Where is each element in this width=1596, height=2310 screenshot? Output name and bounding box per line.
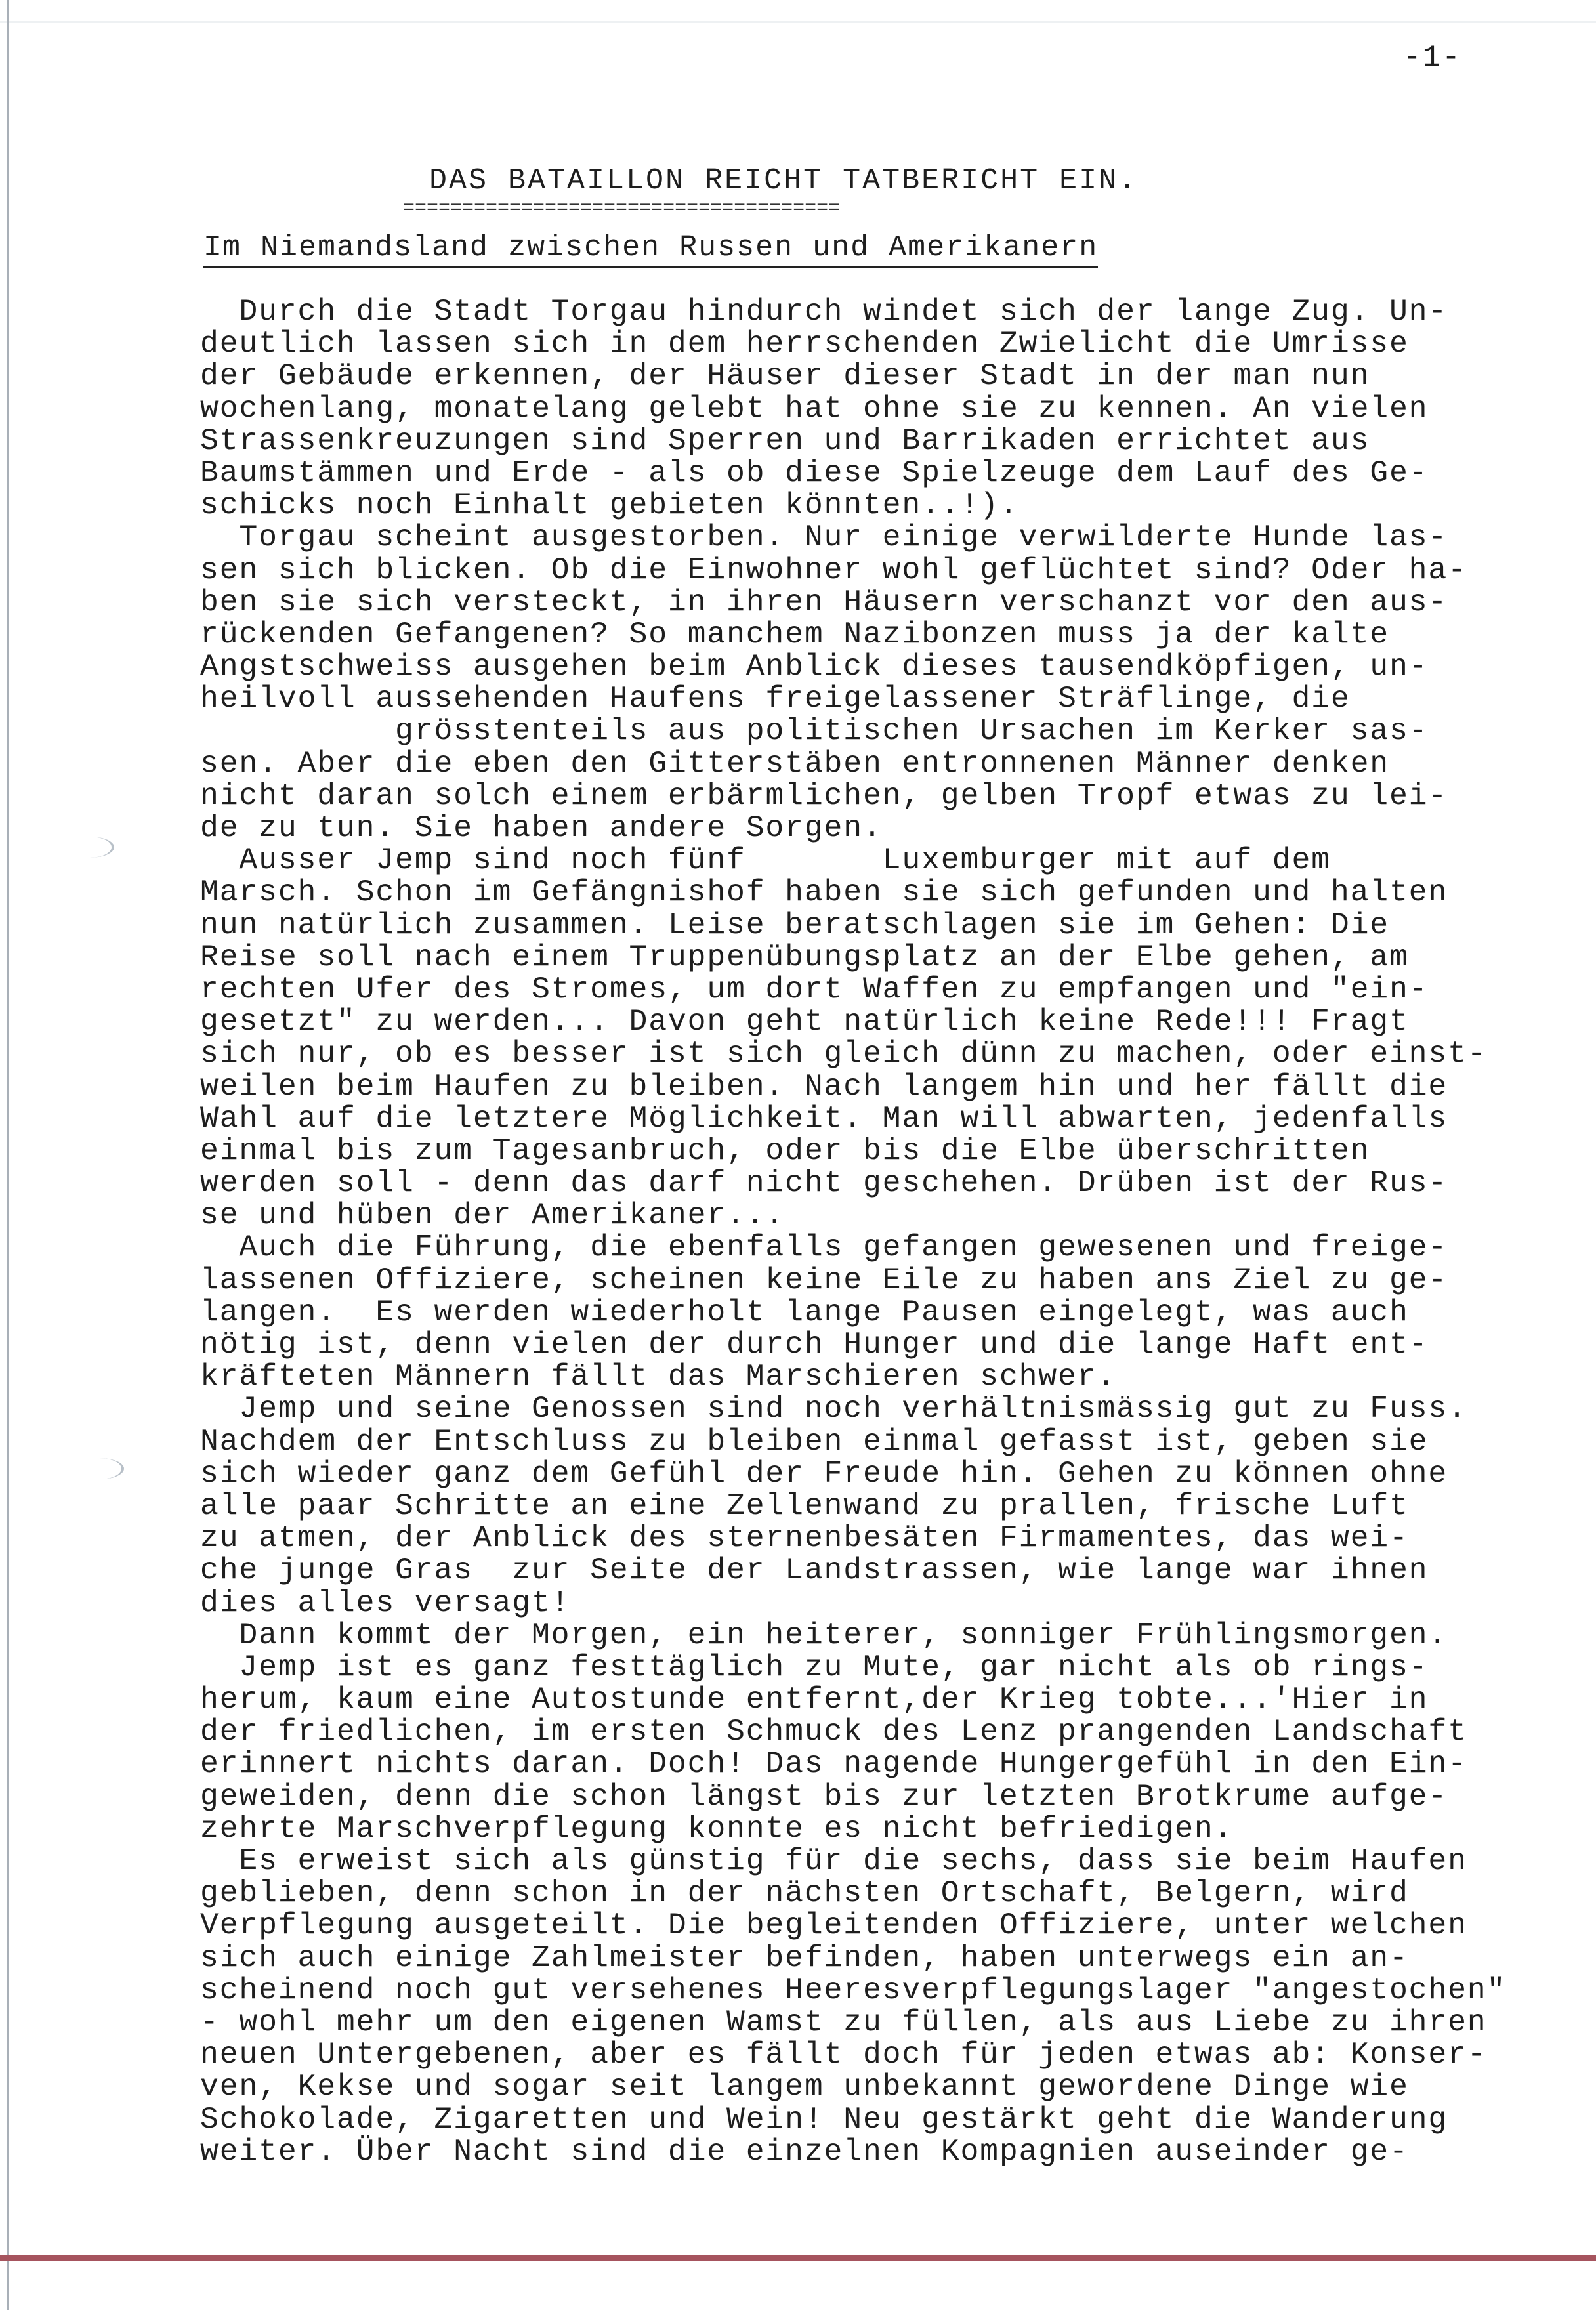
- body-line: rechten Ufer des Stromes, um dort Waffen…: [200, 973, 1578, 1005]
- body-line: se und hüben der Amerikaner...: [200, 1199, 1578, 1231]
- body-line: Reise soll nach einem Truppenübungsplatz…: [200, 941, 1578, 973]
- body-line: sich nur, ob es besser ist sich gleich d…: [200, 1038, 1578, 1070]
- body-line: geblieben, denn schon in der nächsten Or…: [200, 1877, 1578, 1909]
- body-line: werden soll - denn das darf nicht gesche…: [200, 1167, 1578, 1199]
- body-line: herum, kaum eine Autostunde entfernt,der…: [200, 1683, 1578, 1715]
- title-double-underline: =====================================: [403, 203, 840, 214]
- body-line: alle paar Schritte an eine Zellenwand zu…: [200, 1490, 1578, 1522]
- body-line: nicht daran solch einem erbärmlichen, ge…: [200, 780, 1578, 812]
- body-line: zehrte Marschverpflegung konnte es nicht…: [200, 1813, 1578, 1845]
- body-line: ben sie sich versteckt, in ihren Häusern…: [200, 586, 1578, 618]
- bottom-rule: [0, 2255, 1596, 2261]
- body-line: Strassenkreuzungen sind Sperren und Barr…: [200, 425, 1578, 457]
- body-line: Angstschweiss ausgehen beim Anblick dies…: [200, 650, 1578, 682]
- body-line: rückenden Gefangenen? So manchem Nazibon…: [200, 618, 1578, 650]
- body-line: grösstenteils aus politischen Ursachen i…: [200, 715, 1578, 747]
- body-line: de zu tun. Sie haben andere Sorgen.: [200, 812, 1578, 844]
- body-line: sen. Aber die eben den Gitterstäben entr…: [200, 747, 1578, 780]
- body-line: kräfteten Männern fällt das Marschieren …: [200, 1360, 1578, 1393]
- body-line: sich wieder ganz dem Gefühl der Freude h…: [200, 1458, 1578, 1490]
- body-line: - wohl mehr um den eigenen Wamst zu füll…: [200, 2006, 1578, 2038]
- body-line: Dann kommt der Morgen, ein heiterer, son…: [200, 1619, 1578, 1651]
- body-line: scheinend noch gut versehenes Heeresverp…: [200, 1974, 1578, 2006]
- body-line: Auch die Führung, die ebenfalls gefangen…: [200, 1231, 1578, 1263]
- document-title: DAS BATAILLON REICHT TATBERICHT EIN.: [429, 164, 1138, 198]
- body-line: gesetzt" zu werden... Davon geht natürli…: [200, 1005, 1578, 1038]
- scan-left-edge: [7, 0, 9, 2310]
- body-line: weilen beim Haufen zu bleiben. Nach lang…: [200, 1070, 1578, 1102]
- punch-hole-icon: [66, 837, 114, 858]
- body-line: ven, Kekse und sogar seit langem unbekan…: [200, 2070, 1578, 2103]
- body-line: Verpflegung ausgeteilt. Die begleitenden…: [200, 1909, 1578, 1941]
- page-number: -1-: [1403, 41, 1461, 75]
- body-line: Wahl auf die letztere Möglichkeit. Man w…: [200, 1102, 1578, 1135]
- body-line: heilvoll aussehenden Haufens freigelasse…: [200, 682, 1578, 715]
- body-line: sich auch einige Zahlmeister befinden, h…: [200, 1942, 1578, 1974]
- body-line: che junge Gras zur Seite der Landstrasse…: [200, 1554, 1578, 1586]
- body-line: geweiden, denn die schon längst bis zur …: [200, 1780, 1578, 1813]
- body-line: der Gebäude erkennen, der Häuser dieser …: [200, 360, 1578, 392]
- document-subtitle: Im Niemandsland zwischen Russen und Amer…: [203, 231, 1098, 268]
- body-line: Es erweist sich als günstig für die sech…: [200, 1845, 1578, 1877]
- body-line: Ausser Jemp sind noch fünf Luxemburger m…: [200, 844, 1578, 876]
- body-line: sen sich blicken. Ob die Einwohner wohl …: [200, 554, 1578, 586]
- body-line: zu atmen, der Anblick des sternenbesäten…: [200, 1522, 1578, 1554]
- body-line: dies alles versagt!: [200, 1587, 1578, 1619]
- body-line: Schokolade, Zigaretten und Wein! Neu ges…: [200, 2103, 1578, 2135]
- body-line: einmal bis zum Tagesanbruch, oder bis di…: [200, 1135, 1578, 1167]
- body-line: Baumstämmen und Erde - als ob diese Spie…: [200, 457, 1578, 489]
- body-line: wochenlang, monatelang gelebt hat ohne s…: [200, 392, 1578, 425]
- body-line: Jemp ist es ganz festtäglich zu Mute, ga…: [200, 1651, 1578, 1683]
- body-line: Durch die Stadt Torgau hindurch windet s…: [200, 295, 1578, 327]
- scan-top-edge: [0, 21, 1596, 23]
- punch-hole-icon: [75, 1458, 124, 1479]
- body-line: deutlich lassen sich in dem herrschenden…: [200, 327, 1578, 360]
- body-line: langen. Es werden wiederholt lange Pause…: [200, 1296, 1578, 1328]
- body-line: nun natürlich zusammen. Leise beratschla…: [200, 909, 1578, 941]
- body-line: Marsch. Schon im Gefängnishof haben sie …: [200, 876, 1578, 908]
- body-line: Jemp und seine Genossen sind noch verhäl…: [200, 1393, 1578, 1425]
- body-line: schicks noch Einhalt gebieten könnten..!…: [200, 489, 1578, 521]
- body-line: lassenen Offiziere, scheinen keine Eile …: [200, 1264, 1578, 1296]
- body-line: Torgau scheint ausgestorben. Nur einige …: [200, 521, 1578, 553]
- body-line: weiter. Über Nacht sind die einzelnen Ko…: [200, 2135, 1578, 2168]
- body-text: Durch die Stadt Torgau hindurch windet s…: [200, 295, 1578, 2168]
- body-line: erinnert nichts daran. Doch! Das nagende…: [200, 1748, 1578, 1780]
- body-line: nötig ist, denn vielen der durch Hunger …: [200, 1328, 1578, 1360]
- body-line: Nachdem der Entschluss zu bleiben einmal…: [200, 1425, 1578, 1458]
- body-line: neuen Untergebenen, aber es fällt doch f…: [200, 2038, 1578, 2070]
- body-line: der friedlichen, im ersten Schmuck des L…: [200, 1715, 1578, 1748]
